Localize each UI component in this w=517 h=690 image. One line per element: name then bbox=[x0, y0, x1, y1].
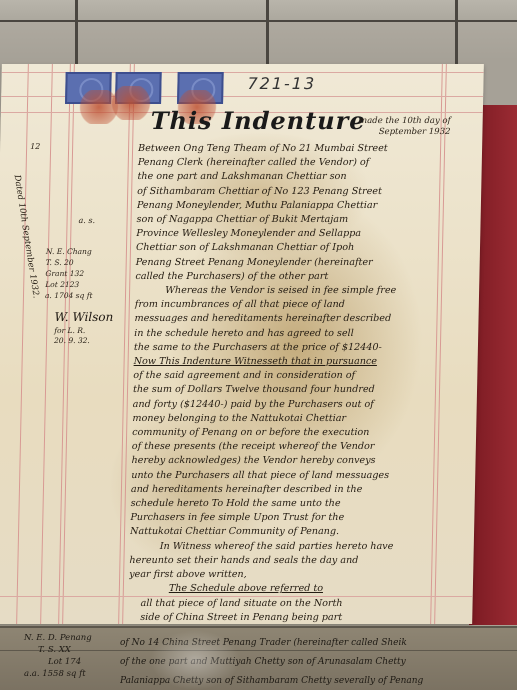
body-line: of these presents (the receipt whereof t… bbox=[132, 440, 452, 454]
underlying-document-page: N. E. D. Penang T. S. XX Lot 174 a.a. 15… bbox=[0, 626, 517, 690]
margin-rule bbox=[40, 64, 53, 624]
indenture-body: Between Ong Teng Theam of No 21 Mumbai S… bbox=[128, 142, 458, 625]
margin-signature-date: for L. R. 20. 9. 32. bbox=[54, 326, 90, 346]
body-line: Penang Moneylender, Muthu Palaniappa Che… bbox=[137, 199, 457, 213]
body-line: all that piece of land situate on the No… bbox=[128, 597, 448, 611]
schedule-heading: The Schedule above referred to bbox=[129, 582, 449, 596]
body-line: the one part and Lakshmanan Chettiar son bbox=[137, 170, 457, 184]
light-glare bbox=[150, 630, 240, 690]
made-date-line: made the 10th day of bbox=[331, 116, 451, 127]
margin-signature: W. Wilson bbox=[54, 310, 113, 324]
body-line: Penang Clerk (hereinafter called the Ven… bbox=[138, 156, 458, 170]
body-line: Chettiar son of Lakshmanan Chettiar of I… bbox=[136, 241, 456, 255]
reference-number: 721-13 bbox=[247, 74, 316, 93]
body-line: Now This Indenture Witnesseth that in pu… bbox=[133, 355, 453, 369]
margin-dated-note: Dated 10th September 1932. bbox=[12, 174, 41, 299]
signature-date-line: 20. 9. 32. bbox=[54, 336, 90, 346]
registration-line: Grant 132 bbox=[45, 268, 115, 279]
lower-note-line: T. S. XX bbox=[24, 644, 114, 656]
registration-line: Lot 2123 bbox=[45, 279, 115, 290]
body-line: money belonging to the Nattukotai Chetti… bbox=[132, 412, 452, 426]
body-line: messuages and hereditaments hereinafter … bbox=[134, 312, 454, 326]
lower-margin-notes: N. E. D. Penang T. S. XX Lot 174 a.a. 15… bbox=[24, 632, 114, 680]
lower-note-line: Lot 174 bbox=[24, 656, 114, 668]
body-line: Nattukotai Chettiar Community of Penang. bbox=[130, 525, 450, 539]
made-date: made the 10th day of September 1932 bbox=[330, 116, 450, 138]
body-line: Between Ong Teng Theam of No 21 Mumbai S… bbox=[138, 142, 458, 156]
lower-note-line: a.a. 1558 sq ft bbox=[24, 668, 114, 680]
red-seal-icon bbox=[111, 86, 152, 120]
signature-date-line: for L. R. bbox=[54, 326, 90, 336]
body-line: side of China Street in Penang being par… bbox=[128, 611, 448, 625]
margin-registration-notes: N. E. Chang T. S. 20 Grant 132 Lot 2123 … bbox=[45, 246, 116, 301]
body-line: hereunto set their hands and seals the d… bbox=[129, 554, 449, 568]
body-line: of the said agreement and in considerati… bbox=[133, 369, 453, 383]
body-line: from incumbrances of all that piece of l… bbox=[135, 298, 455, 312]
margin-top-note: 12 bbox=[30, 142, 40, 151]
body-line: in the schedule hereto and has agreed to… bbox=[134, 327, 454, 341]
margin-seal-note: a. s. bbox=[78, 216, 95, 225]
body-line: In Witness whereof the said parties here… bbox=[130, 540, 450, 554]
body-line: Penang Street Penang Moneylender (herein… bbox=[136, 256, 456, 270]
body-line: unto the Purchasers all that piece of la… bbox=[131, 469, 451, 483]
body-line: community of Penang on or before the exe… bbox=[132, 426, 452, 440]
made-date-line: September 1932 bbox=[330, 127, 450, 138]
registration-line: T. S. 20 bbox=[46, 257, 116, 268]
body-line: son of Nagappa Chettiar of Bukit Mertaja… bbox=[136, 213, 456, 227]
body-line: Province Wellesley Moneylender and Sella… bbox=[136, 227, 456, 241]
registration-line: N. E. Chang bbox=[46, 246, 116, 257]
body-line: the sum of Dollars Twelve thousand four … bbox=[133, 383, 453, 397]
body-line: Purchasers in fee simple Upon Trust for … bbox=[130, 511, 450, 525]
body-line: and forty ($12440-) paid by the Purchase… bbox=[133, 398, 453, 412]
body-line: the same to the Purchasers at the price … bbox=[134, 341, 454, 355]
indenture-document: 721-13 This Indenture made the 10th day … bbox=[0, 64, 484, 624]
registration-line: a. 1704 sq ft bbox=[45, 290, 115, 301]
body-line: year first above written, bbox=[129, 568, 449, 582]
body-line: hereby acknowledges) the Vendor hereby c… bbox=[131, 454, 451, 468]
body-line: of Sithambaram Chettiar of No 123 Penang… bbox=[137, 185, 457, 199]
body-line: and hereditaments hereinafter described … bbox=[131, 483, 451, 497]
body-line: schedule hereto To Hold the same unto th… bbox=[130, 497, 450, 511]
body-line: Whereas the Vendor is seised in fee simp… bbox=[135, 284, 455, 298]
lower-note-line: N. E. D. Penang bbox=[24, 632, 114, 644]
margin-rule bbox=[16, 64, 29, 624]
body-line: called the Purchasers) of the other part bbox=[135, 270, 455, 284]
